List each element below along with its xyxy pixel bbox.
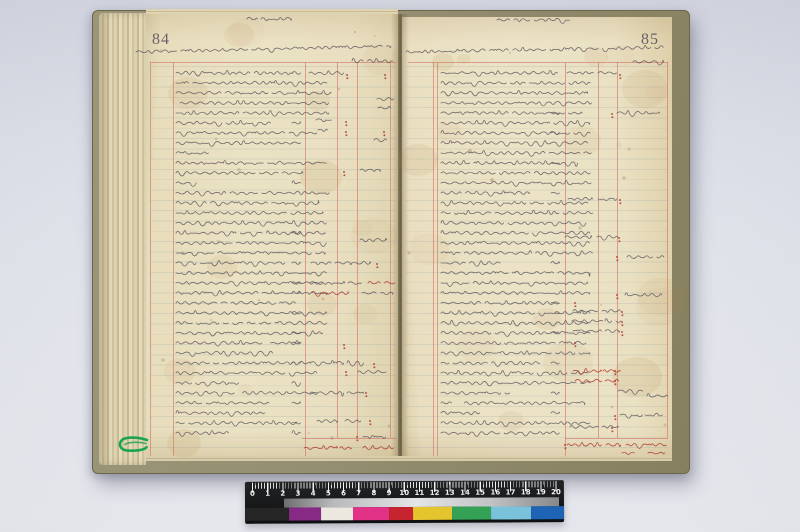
ruler-number: 3 [296,490,301,499]
feint-ruling-right [406,66,668,452]
ruler-number: 13 [445,489,455,498]
ruler-number: 2 [280,490,285,499]
ledger-rule [337,62,338,438]
page-number-left: 84 [152,31,170,49]
ruler-number: 19 [536,488,546,497]
ruler-number: 15 [475,489,485,498]
ruler-color-patches [245,506,564,521]
calibration-ruler: 01234567891011121314151617181920 [245,480,564,524]
ruler-number: 11 [415,489,425,498]
ledger-rule [150,62,396,63]
ledger-rule [173,62,174,456]
ledger-rule [667,62,668,438]
ruler-color-patch [491,506,531,519]
ruler-color-patch [321,507,353,520]
ledger-rule [437,62,438,456]
ledger-rule [302,438,396,439]
ruler-number: 6 [341,489,346,498]
ruler-number: 1 [265,490,270,499]
photo-background: 84 85 01234567891011121314151617181920 [0,0,800,532]
ledger-rule [565,62,566,456]
ruler-number: 12 [430,489,440,498]
ruler-number: 16 [490,488,500,497]
ruler-color-patch [389,507,413,520]
ruler-number: 18 [521,488,531,497]
ledger-rule [305,62,306,456]
ledger-rule [150,62,151,456]
ledger-rule [408,62,668,63]
ledger-rule [598,62,599,438]
ruler-number: 9 [387,489,392,498]
ruler-color-patch [413,507,452,520]
ruler-color-patch [531,506,564,519]
ruler-number: 8 [371,489,376,498]
ledger-rule [390,62,391,438]
ruler-number: 7 [356,489,361,498]
ruler-number: 10 [399,489,409,498]
ledger-rule [433,62,434,456]
ruler-number: 20 [551,488,561,497]
ledger-rule [617,62,618,438]
ruler-number: 14 [460,489,470,498]
ledger-rule [357,62,358,438]
ledger-rule [565,438,668,439]
ruler-color-patch [289,507,321,520]
ruler-number: 5 [326,489,331,498]
ruler-number: 0 [250,490,255,499]
ruler-color-patch [245,508,289,521]
feint-ruling-left [150,66,396,452]
ruler-number: 4 [311,489,316,498]
ruler-color-patch [452,507,491,520]
ruler-color-patch [353,507,389,520]
page-number-right: 85 [641,31,659,49]
ruler-number: 17 [506,488,516,497]
page-edge-stack-left [99,13,146,465]
page-edge-stack-bottom [146,456,672,461]
